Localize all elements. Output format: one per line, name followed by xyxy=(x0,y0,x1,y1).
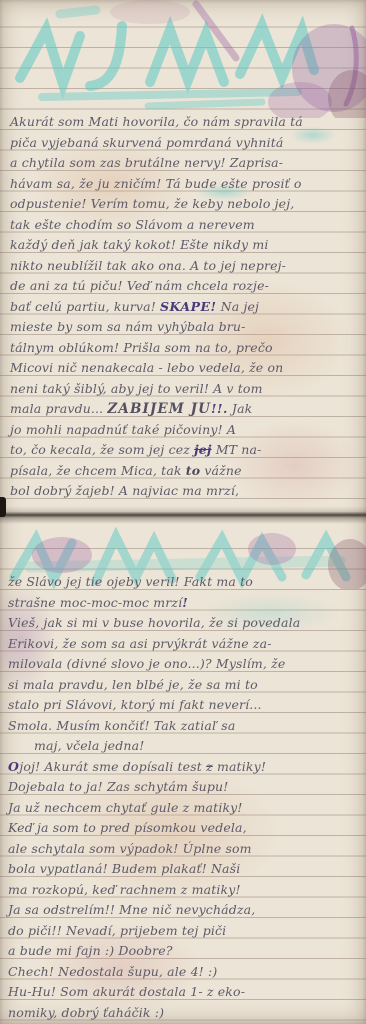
pencil-text: tálnym oblúkom! Prišla som na to, prečo xyxy=(10,340,273,355)
handwritten-line: Chech! Nedostala šupu, ale 4! :) xyxy=(8,962,362,983)
handwritten-line: tálnym oblúkom! Prišla som na to, prečo xyxy=(10,338,362,359)
handwritten-line: Ja sa odstrelím!! Mne nič nevychádza, xyxy=(8,900,362,921)
pencil-text: a chytila som zas brutálne nervy! Zapris… xyxy=(10,155,283,170)
pencil-text: a bude mi fajn :) Doobre? xyxy=(8,943,173,958)
handwritten-line: Dojebala to ja! Zas schytám šupu! xyxy=(8,777,362,798)
pencil-text: bola vypatlaná! Budem plakať! Naši xyxy=(8,861,240,876)
page-edge-shadow xyxy=(0,506,366,524)
handwriting-block-2: že Slávo jej tie ojeby veril! Fakt ma to… xyxy=(8,572,362,1023)
handwritten-line: maj, včela jedna! xyxy=(8,736,362,757)
pencil-text: MT na- xyxy=(212,442,262,457)
handwritten-line: ale schytala som výpadok! Úplne som xyxy=(8,839,362,860)
pencil-text: neni taký šiblý, aby jej to veril! A v t… xyxy=(10,381,263,396)
handwritten-line: a chytila som zas brutálne nervy! Zapris… xyxy=(10,153,362,174)
handwritten-line: každý deň jak taký kokot! Ešte nikdy mi xyxy=(10,235,362,256)
handwritten-line: si mala pravdu, len blbé je, že sa mi to xyxy=(8,675,362,696)
handwritten-line: piča vyjebaná skurvená pomrdaná vyhnitá xyxy=(10,133,362,154)
pencil-text: každý deň jak taký kokot! Ešte nikdy mi xyxy=(10,237,269,252)
pencil-text: strašne moc-moc-moc mrzí xyxy=(8,595,182,610)
handwritten-line: Vieš, jak si mi v buse hovorila, že si p… xyxy=(8,613,362,634)
pencil-text: Smola. Musím končiť! Tak zatiaľ sa xyxy=(8,718,235,733)
pencil-text: Vieš, jak si mi v buse hovorila, že si p… xyxy=(8,615,300,630)
handwritten-line: Ja už nechcem chytať gule z matiky! xyxy=(8,798,362,819)
pencil-text: vážne xyxy=(200,463,241,478)
pencil-text: odpustenie! Verím tomu, že keby nebolo j… xyxy=(10,196,294,211)
purple-marker-text: SKAPE! xyxy=(160,299,217,314)
scanned-letter: Akurát som Mati hovorila, čo nám spravil… xyxy=(0,0,366,1024)
handwritten-line: písala, že chcem Mica, tak to vážne xyxy=(10,461,362,482)
handwritten-line: Hu-Hu! Som akurát dostala 1- z eko- xyxy=(8,982,362,1003)
handwritten-line: Micovi nič nenakecala - lebo vedela, že … xyxy=(10,358,362,379)
handwritten-line: strašne moc-moc-moc mrzí! xyxy=(8,593,362,614)
pencil-text: Ja sa odstrelím!! Mne nič nevychádza, xyxy=(8,902,255,917)
scanned-letter-photo: { "scan": { "document_language": "Slovak… xyxy=(0,0,366,1024)
handwritten-line: to, čo kecala, že som jej cez jej MT na- xyxy=(10,440,362,461)
pencil-text: Keď ja som to pred písomkou vedela, xyxy=(8,820,247,835)
handwritten-line: Akurát som Mati hovorila, čo nám spravil… xyxy=(10,112,362,133)
pencil-text: písala, že chcem Mica, tak xyxy=(10,463,186,478)
purple-marker-text: !!. xyxy=(211,401,228,416)
pencil-text: piča vyjebaná skurvená pomrdaná vyhnitá xyxy=(10,135,284,150)
pencil-text: maj, včela jedna! xyxy=(34,738,144,753)
handwritten-line: stalo pri Slávovi, ktorý mi fakt neverí.… xyxy=(8,695,362,716)
purple-marker-text: jej xyxy=(194,442,211,457)
handwritten-line: nomiky, dobrý ťaháčik :) xyxy=(8,1003,362,1024)
handwritten-line: bol dobrý žajeb! A najviac ma mrzí, xyxy=(10,481,362,502)
pencil-text: to xyxy=(186,463,200,478)
pencil-text: si mala pravdu, len blbé je, že sa mi to xyxy=(8,677,258,692)
pencil-text: tak ešte chodím so Slávom a nerevem xyxy=(10,217,255,232)
handwritten-line: neni taký šiblý, aby jej to veril! A v t… xyxy=(10,379,362,400)
handwritten-line: mieste by som sa nám vyhýbala bru- xyxy=(10,317,362,338)
pencil-text: nomiky, dobrý ťaháčik :) xyxy=(8,1005,164,1020)
pencil-text: Chech! Nedostala šupu, ale 4! :) xyxy=(8,964,217,979)
letter-page-2: že Slávo jej tie ojeby veril! Fakt ma to… xyxy=(0,523,366,1024)
pencil-text: jo mohli napadnúť také pičoviny! A xyxy=(10,422,236,437)
pencil-text: Jak xyxy=(228,401,253,416)
pencil-text: ale schytala som výpadok! Úplne som xyxy=(8,841,252,856)
pencil-text: stalo pri Slávovi, ktorý mi fakt neverí.… xyxy=(8,697,262,712)
pencil-text: do piči!! Nevadí, prijebem tej piči xyxy=(8,923,226,938)
handwritten-line: že Slávo jej tie ojeby veril! Fakt ma to xyxy=(8,572,362,593)
handwritten-line: Smola. Musím končiť! Tak zatiaľ sa xyxy=(8,716,362,737)
pencil-text: Erikovi, že som sa asi prvýkrát vážne za… xyxy=(8,636,272,651)
handwritten-line: tak ešte chodím so Slávom a nerevem xyxy=(10,215,362,236)
handwritten-line: jo mohli napadnúť také pičoviny! A xyxy=(10,420,362,441)
handwritten-line: ma rozkopú, keď rachnem z matiky! xyxy=(8,880,362,901)
pencil-text: to, čo kecala, že som jej cez xyxy=(10,442,194,457)
handwritten-line: a bude mi fajn :) Doobre? xyxy=(8,941,362,962)
pencil-text: Akurát som Mati hovorila, čo nám spravil… xyxy=(10,114,303,129)
pencil-text: Dojebala to ja! Zas schytám šupu! xyxy=(8,779,228,794)
pencil-text: že Slávo jej tie ojeby veril! Fakt ma to xyxy=(8,574,253,589)
pencil-text: Micovi nič nenakecala - lebo vedela, že … xyxy=(10,360,283,375)
handwritten-line: odpustenie! Verím tomu, že keby nebolo j… xyxy=(10,194,362,215)
handwritten-line: milovala (divné slovo je ono...)? Myslím… xyxy=(8,654,362,675)
pencil-text: ZABIJEM JU xyxy=(107,401,211,417)
pencil-text: Hu-Hu! Som akurát dostala 1- z eko- xyxy=(8,984,245,999)
page-edge-notch xyxy=(0,497,6,517)
handwriting-block-1: Akurát som Mati hovorila, čo nám spravil… xyxy=(10,112,362,502)
pencil-text: joj! Akurát sme dopísali test xyxy=(19,759,206,774)
graffiti-marker-top xyxy=(0,0,366,118)
pencil-text: de ani za tú piču! Veď nám chcela rozje- xyxy=(10,278,269,293)
purple-marker-text: O xyxy=(8,759,19,774)
pencil-text: z xyxy=(206,759,213,774)
pencil-text: Na jej xyxy=(217,299,260,314)
handwritten-line: Erikovi, že som sa asi prvýkrát vážne za… xyxy=(8,634,362,655)
handwritten-line: hávam sa, že ju zničím! Tá bude ešte pro… xyxy=(10,174,362,195)
handwritten-line: bať celú partiu, kurva! SKAPE! Na jej xyxy=(10,297,362,318)
pencil-text: mieste by som sa nám vyhýbala bru- xyxy=(10,319,246,334)
handwritten-line: bola vypatlaná! Budem plakať! Naši xyxy=(8,859,362,880)
pencil-text: matiky! xyxy=(213,759,266,774)
pencil-text: bol dobrý žajeb! A najviac ma mrzí, xyxy=(10,483,239,498)
pencil-text: milovala (divné slovo je ono...)? Myslím… xyxy=(8,656,285,671)
handwritten-line: nikto neublížil tak ako ona. A to jej ne… xyxy=(10,256,362,277)
pencil-text: ma rozkopú, keď rachnem z matiky! xyxy=(8,882,241,897)
pencil-text: Ja už nechcem chytať gule z matiky! xyxy=(8,800,243,815)
handwritten-line: do piči!! Nevadí, prijebem tej piči xyxy=(8,921,362,942)
handwritten-line: mala pravdu... ZABIJEM JU!!. Jak xyxy=(10,399,362,420)
handwritten-line: Keď ja som to pred písomkou vedela, xyxy=(8,818,362,839)
letter-page-1: Akurát som Mati hovorila, čo nám spravil… xyxy=(0,0,366,509)
handwritten-line: Ojoj! Akurát sme dopísali test z matiky! xyxy=(8,757,362,778)
pencil-text: nikto neublížil tak ako ona. A to jej ne… xyxy=(10,258,286,273)
purple-marker-text: ! xyxy=(182,595,188,610)
pencil-text: bať celú partiu, kurva! xyxy=(10,299,160,314)
pencil-text: mala pravdu... xyxy=(10,401,107,416)
handwritten-line: de ani za tú piču! Veď nám chcela rozje- xyxy=(10,276,362,297)
pencil-text: hávam sa, že ju zničím! Tá bude ešte pro… xyxy=(10,176,302,191)
